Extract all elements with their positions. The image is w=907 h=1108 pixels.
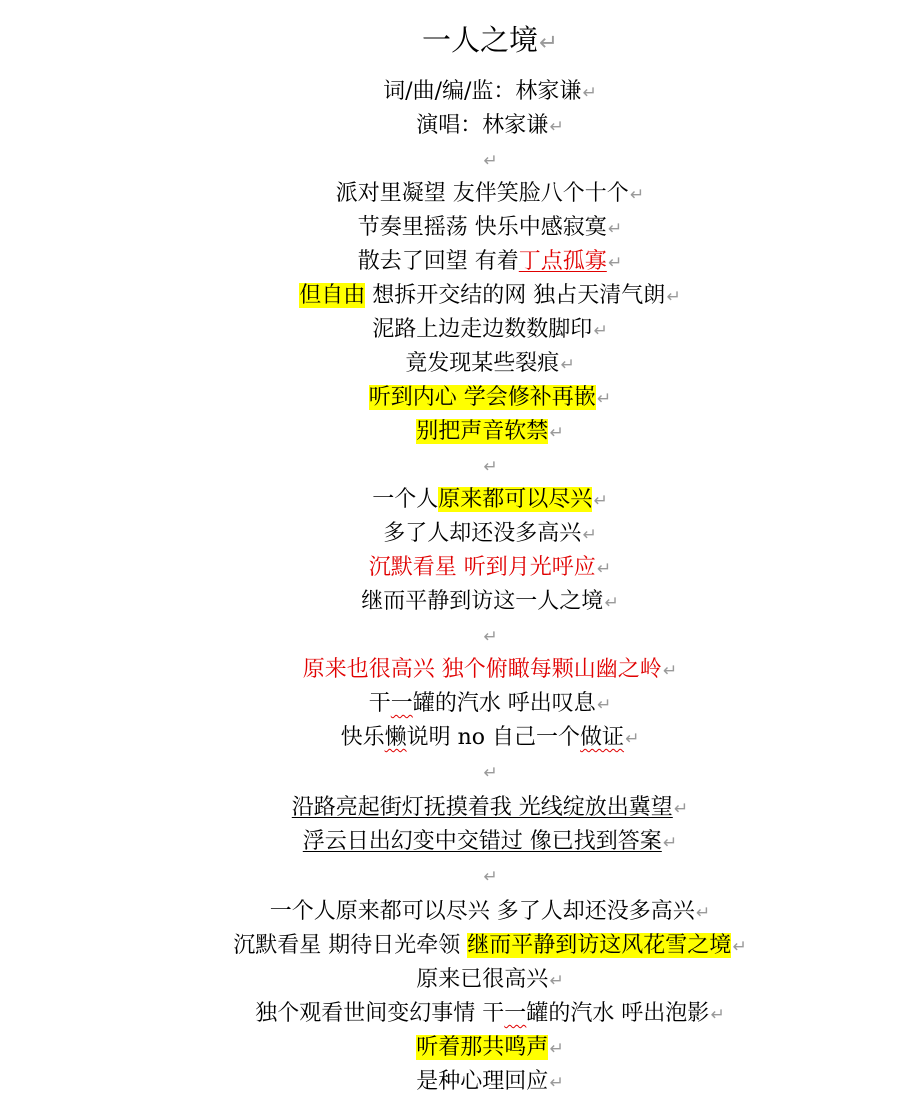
lyric-line: 沿路亮起街灯抚摸着我 光线绽放出冀望↵: [0, 794, 907, 822]
paragraph-mark-icon: ↵: [582, 83, 596, 103]
paragraph-mark-icon: ↵: [560, 355, 574, 375]
paragraph-mark-icon: ↵: [663, 661, 677, 681]
lyric-line: 多了人却还没多高兴↵: [0, 520, 907, 548]
lyric-line: 浮云日出幻变中交错过 像已找到答案↵: [0, 828, 907, 856]
lyric-line: 派对里凝望 友伴笑脸八个十个↵: [0, 180, 907, 208]
red-text: 沉默看星 听到月光呼应: [369, 555, 596, 580]
lyric-line: 节奏里摇荡 快乐中感寂寞↵: [0, 214, 907, 242]
paragraph-mark-icon: ↵: [597, 695, 611, 715]
highlighted-text: 原来都可以尽兴: [438, 487, 592, 512]
title-text: 一人之境: [422, 23, 538, 57]
paragraph-mark-icon: ↵: [604, 593, 618, 613]
paragraph-mark-icon: ↵: [625, 729, 639, 749]
lyric-text: 多了人却还没多高兴: [383, 521, 581, 546]
lyric-text: 泥路上边走边数数脚印: [372, 317, 592, 342]
paragraph-mark-icon: ↵: [608, 253, 622, 273]
lyric-text: 散去了回望 有着: [358, 249, 519, 274]
underlined-text: 沿路亮起街灯抚摸着我 光线绽放出冀望: [292, 795, 673, 820]
lyric-text: 继而平静到访这一人之境: [361, 589, 603, 614]
red-underlined-text: 丁点孤寡: [519, 249, 607, 274]
paragraph-mark-icon: ↵: [539, 30, 558, 56]
lyric-line: 泥路上边走边数数脚印↵: [0, 316, 907, 344]
lyric-line: 但自由 想拆开交结的网 独占天清气朗↵: [0, 282, 907, 310]
lyric-text: 想拆开交结的网 独占天清气朗: [365, 283, 665, 308]
song-title: 一人之境↵: [0, 22, 907, 58]
paragraph-mark-icon: ↵: [696, 903, 710, 923]
empty-paragraph: ↵: [0, 622, 907, 650]
paragraph-mark-icon: ↵: [608, 219, 622, 239]
lyric-text: 派对里凝望 友伴笑脸八个十个: [336, 181, 629, 206]
paragraph-mark-icon: ↵: [483, 763, 497, 783]
lyric-text: 说明 no 自己一个: [407, 725, 580, 750]
paragraph-mark-icon: ↵: [483, 627, 497, 647]
lyric-text: 一个人: [372, 487, 438, 512]
paragraph-mark-icon: ↵: [549, 423, 563, 443]
lyric-line: 一个人原来都可以尽兴↵: [0, 486, 907, 514]
paragraph-mark-icon: ↵: [549, 971, 563, 991]
lyric-line: 听到内心 学会修补再嵌↵: [0, 384, 907, 412]
lyric-line: 散去了回望 有着丁点孤寡↵: [0, 248, 907, 276]
lyric-text: 沉默看星 期待日光牵领: [233, 933, 467, 958]
highlighted-text: 别把声音软禁: [416, 419, 548, 444]
paragraph-mark-icon: ↵: [593, 321, 607, 341]
lyric-line: 沉默看星 期待日光牵领 继而平静到访这风花雪之境↵: [0, 932, 907, 960]
lyric-line: 干一罐的汽水 呼出叹息↵: [0, 690, 907, 718]
credits-writer: 词/曲/编/监：林家谦↵: [0, 78, 907, 106]
lyric-text: 一个人原来都可以尽兴 多了人却还没多高兴: [270, 899, 695, 924]
lyric-line: 原来也很高兴 独个俯瞰每颗山幽之岭↵: [0, 656, 907, 684]
highlighted-text: 继而平静到访这风花雪之境: [467, 933, 731, 958]
spellcheck-flagged-text[interactable]: 做证: [580, 725, 624, 750]
credits-writer-text: 词/曲/编/监：林家谦: [383, 79, 581, 104]
paragraph-mark-icon: ↵: [630, 185, 644, 205]
lyric-line: 独个观看世间变幻事情 干一罐的汽水 呼出泡影↵: [0, 1000, 907, 1028]
lyric-line: 沉默看星 听到月光呼应↵: [0, 554, 907, 582]
paragraph-mark-icon: ↵: [666, 287, 680, 307]
spellcheck-flagged-text[interactable]: 一: [504, 1001, 526, 1026]
lyric-line: 快乐懒说明 no 自己一个做证↵: [0, 724, 907, 752]
paragraph-mark-icon: ↵: [549, 1073, 563, 1093]
lyric-text: 独个观看世间变幻事情 干: [255, 1001, 504, 1026]
highlighted-text: 听到内心 学会修补再嵌: [369, 385, 596, 410]
credits-singer: 演唱：林家谦↵: [0, 112, 907, 140]
document-page: 一人之境↵ 词/曲/编/监：林家谦↵ 演唱：林家谦↵ ↵ 派对里凝望 友伴笑脸八…: [0, 0, 907, 1108]
lyric-text: 节奏里摇荡 快乐中感寂寞: [358, 215, 607, 240]
paragraph-mark-icon: ↵: [663, 833, 677, 853]
lyric-text: 罐的汽水 呼出叹息: [413, 691, 596, 716]
lyric-line: 一个人原来都可以尽兴 多了人却还没多高兴↵: [0, 898, 907, 926]
paragraph-mark-icon: ↵: [483, 867, 497, 887]
empty-paragraph: ↵: [0, 146, 907, 174]
paragraph-mark-icon: ↵: [549, 117, 563, 137]
lyric-line: 竟发现某些裂痕↵: [0, 350, 907, 378]
highlighted-text: 但自由: [299, 283, 365, 308]
lyric-text: 是种心理回应: [416, 1069, 548, 1094]
paragraph-mark-icon: ↵: [732, 937, 746, 957]
lyric-text: 快乐: [341, 725, 385, 750]
spellcheck-flagged-text[interactable]: 懒: [385, 725, 407, 750]
lyric-line: 原来已很高兴↵: [0, 966, 907, 994]
paragraph-mark-icon: ↵: [593, 491, 607, 511]
paragraph-mark-icon: ↵: [549, 1039, 563, 1059]
lyric-line: 继而平静到访这一人之境↵: [0, 588, 907, 616]
underlined-text: 浮云日出幻变中交错过 像已找到答案: [303, 829, 662, 854]
lyric-text: 竟发现某些裂痕: [405, 351, 559, 376]
paragraph-mark-icon: ↵: [483, 151, 497, 171]
lyric-line: 是种心理回应↵: [0, 1068, 907, 1096]
paragraph-mark-icon: ↵: [597, 389, 611, 409]
paragraph-mark-icon: ↵: [674, 799, 688, 819]
paragraph-mark-icon: ↵: [597, 559, 611, 579]
spellcheck-flagged-text[interactable]: 一: [391, 691, 413, 716]
empty-paragraph: ↵: [0, 758, 907, 786]
paragraph-mark-icon: ↵: [582, 525, 596, 545]
credits-singer-text: 演唱：林家谦: [416, 113, 548, 138]
red-text: 原来也很高兴 独个俯瞰每颗山幽之岭: [303, 657, 662, 682]
empty-paragraph: ↵: [0, 452, 907, 480]
paragraph-mark-icon: ↵: [483, 457, 497, 477]
lyric-line: 别把声音软禁↵: [0, 418, 907, 446]
lyric-text: 干: [369, 691, 391, 716]
lyric-text: 罐的汽水 呼出泡影: [526, 1001, 709, 1026]
paragraph-mark-icon: ↵: [710, 1005, 724, 1025]
highlighted-text: 听着那共鸣声: [416, 1035, 548, 1060]
lyric-text: 原来已很高兴: [416, 967, 548, 992]
lyric-line: 听着那共鸣声↵: [0, 1034, 907, 1062]
empty-paragraph: ↵: [0, 862, 907, 890]
